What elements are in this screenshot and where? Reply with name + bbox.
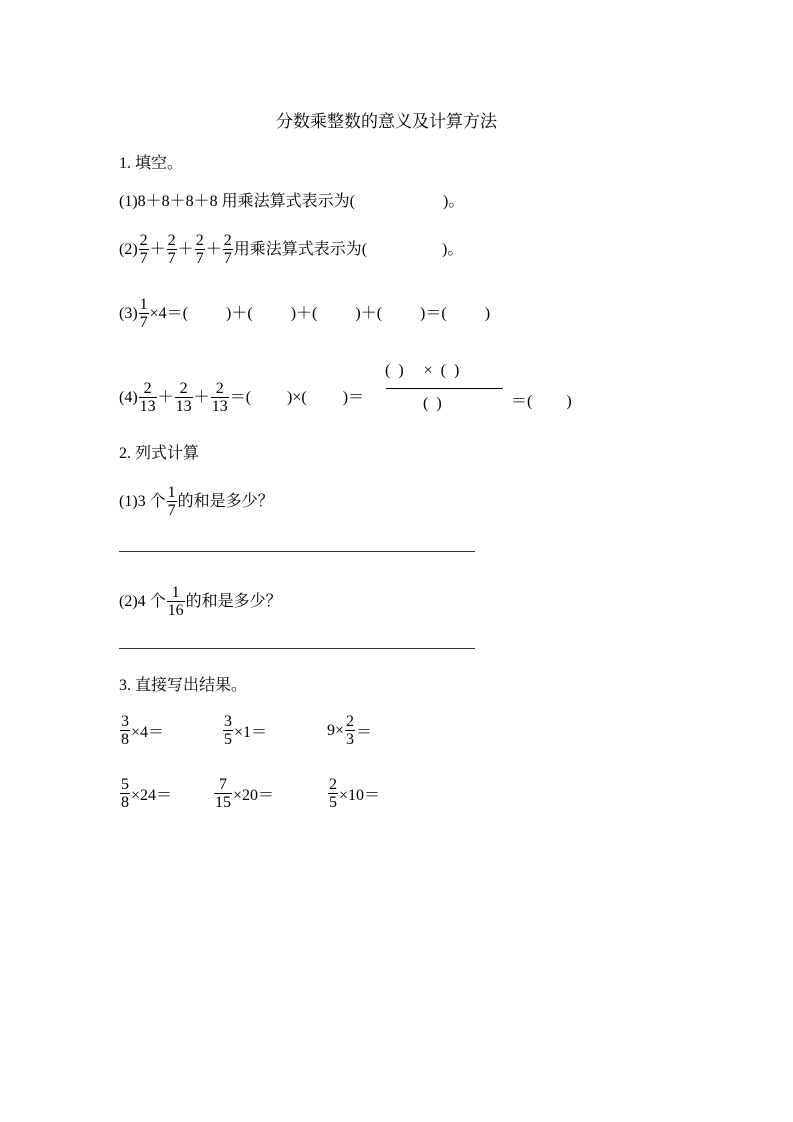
question-2-2: (2)4 个 116 的和是多少？ [119,584,282,619]
section-1-heading: 1. 填空。 [119,150,183,173]
q3-after: ×4＝( [150,304,188,324]
answer-line-2[interactable] [119,648,475,649]
calc-item-1: 38×4＝ [119,713,164,748]
q4-eq: )＝ [343,388,364,408]
plus: ＋ [178,240,194,260]
q3-op: )＋( [226,304,253,324]
fraction: 213 [139,380,157,415]
q4-big-numerator[interactable]: ( ) × ( ) [385,362,459,380]
calc-item-3: 9×23＝ [327,713,372,748]
section-2-heading: 2. 列式计算 [119,440,199,463]
plus: ＋ [194,388,210,408]
q1-suffix: )。 [443,192,464,212]
q3-op: )＋( [291,304,318,324]
q4-times: )×( [287,388,307,408]
answer-line-1[interactable] [119,551,475,552]
q3-end: ) [485,304,490,324]
fraction: 27 [167,232,177,267]
q3-op: )＋( [355,304,382,324]
q2-text: 用乘法算式表示为( [234,240,367,260]
fraction: 213 [211,380,229,415]
plus: ＋ [206,240,222,260]
fraction: 27 [195,232,205,267]
plus: ＋ [150,240,166,260]
plus: ＋ [158,388,174,408]
calc-item-2: 35×1＝ [222,713,267,748]
q4-end: ) [566,393,571,410]
question-1-3: (3) 17 ×4＝( )＋( )＋( )＋( )＝( ) [119,296,490,331]
fraction: 27 [223,232,233,267]
page-title: 分数乘整数的意义及计算方法 [276,107,497,132]
q2-prefix: (2) [119,240,138,260]
q22-suffix: 的和是多少？ [186,592,282,612]
q4-eq: ＝( [230,388,251,408]
calc-item-4: 58×24＝ [119,776,172,811]
calc-item-5: 715×20＝ [213,776,274,811]
q4-big-denominator[interactable]: ( ) [423,395,442,413]
calc-item-6: 25×10＝ [327,776,380,811]
q4-prefix: (4) [119,388,138,408]
question-1-1: (1)8＋8＋8＋8 用乘法算式表示为( )。 [119,192,464,212]
q4-eq: ＝( [511,393,532,410]
question-2-1: (1)3 个 17 的和是多少？ [119,484,274,519]
question-1-2: (2) 27 ＋ 27 ＋ 27 ＋ 27 用乘法算式表示为( )。 [119,232,463,267]
q4-final: ＝() [511,388,572,411]
q21-prefix: (1)3 个 [119,492,166,512]
q22-prefix: (2)4 个 [119,592,166,612]
fraction: 27 [139,232,149,267]
fraction: 17 [139,296,149,331]
q3-op: )＝( [420,304,447,324]
fraction: 213 [175,380,193,415]
fraction: 17 [167,484,177,519]
q21-suffix: 的和是多少？ [178,492,274,512]
question-1-4: (4) 213 ＋ 213 ＋ 213 ＝( )×( )＝ [119,380,364,415]
q1-prefix: (1)8＋8＋8＋8 用乘法算式表示为( [119,192,355,212]
section-3-heading: 3. 直接写出结果。 [119,672,247,695]
q4-fraction-bar [386,388,503,389]
fraction: 116 [167,584,185,619]
q3-prefix: (3) [119,304,138,324]
q2-suffix: )。 [442,240,463,260]
